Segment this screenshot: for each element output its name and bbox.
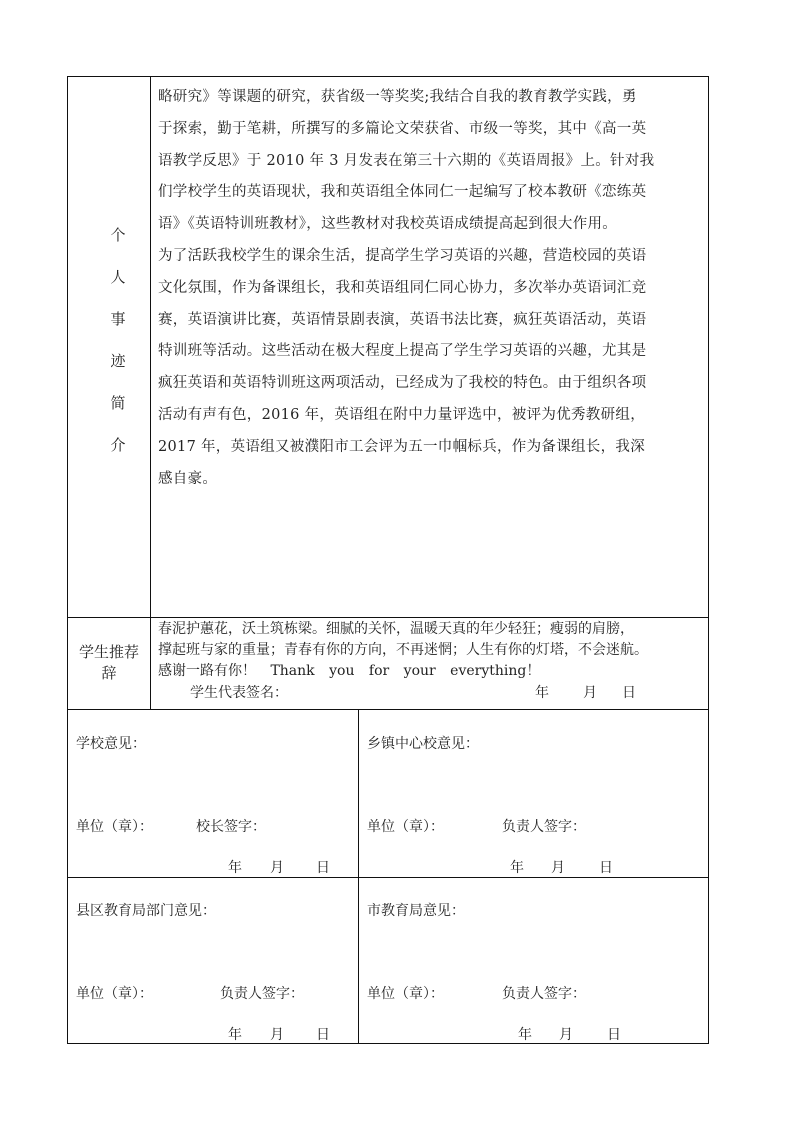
table-right-border xyxy=(708,76,709,1044)
county-signature-label: 负责人签字： xyxy=(220,983,304,1003)
township-unit-label: 单位（章）： xyxy=(367,816,444,836)
label-char: 人 xyxy=(108,256,128,298)
text-line: 春泥护蕙花，沃土筑栋梁。细腻的关怀，温暖天真的年少轻狂；瘦弱的肩膀， xyxy=(158,619,706,640)
student-recommendation-text: 春泥护蕙花，沃土筑栋梁。细腻的关怀，温暖天真的年少轻狂；瘦弱的肩膀， 撑起班与家… xyxy=(158,619,706,682)
principal-signature-label: 校长签字： xyxy=(196,816,266,836)
row-divider-recommendation xyxy=(67,709,709,710)
opinion-column-divider xyxy=(358,709,359,1043)
school-unit-label: 单位（章）： xyxy=(76,816,153,836)
row-divider-deeds xyxy=(67,617,709,618)
date-month: 月 xyxy=(559,1024,573,1044)
county-unit-label: 单位（章）： xyxy=(76,983,153,1003)
city-unit-label: 单位（章）： xyxy=(367,983,444,1003)
label-char: 介 xyxy=(108,424,128,466)
township-opinion-title: 乡镇中心校意见： xyxy=(367,733,479,753)
date-day: 日 xyxy=(622,682,636,702)
county-opinion-title: 县区教育局部门意见： xyxy=(76,900,216,920)
label-char: 迹 xyxy=(108,340,128,382)
label-line: 辞 xyxy=(68,663,150,684)
row-divider-opinions xyxy=(67,877,709,878)
table-top-border xyxy=(67,76,709,77)
label-column-divider xyxy=(150,76,151,709)
city-signature-label: 负责人签字： xyxy=(502,983,586,1003)
date-month: 月 xyxy=(583,682,597,702)
date-day: 日 xyxy=(316,1024,330,1044)
date-day: 日 xyxy=(599,857,613,877)
date-day: 日 xyxy=(607,1024,621,1044)
text-line: 们学校学生的英语现状，我和英语组全体同仁一起编写了校本教研《恋练英 xyxy=(158,177,703,209)
date-month: 月 xyxy=(270,857,284,877)
date-year: 年 xyxy=(228,857,242,877)
township-signature-label: 负责人签字： xyxy=(502,816,586,836)
text-line: 疯狂英语和英语特训班这两项活动，已经成为了我校的特色。由于组织各项 xyxy=(158,368,703,400)
text-line: 为了活跃我校学生的课余生活，提高学生学习英语的兴趣，营造校园的英语 xyxy=(158,241,703,273)
label-char: 事 xyxy=(108,298,128,340)
text-line: 略研究》等课题的研究，获省级一等奖奖;我结合自我的教育教学实践，勇 xyxy=(158,82,703,114)
date-year: 年 xyxy=(510,857,524,877)
date-month: 月 xyxy=(551,857,565,877)
text-line: 于探索，勤于笔耕，所撰写的多篇论文荣获省、市级一等奖，其中《高一英 xyxy=(158,114,703,146)
text-line: 感自豪。 xyxy=(158,464,703,496)
text-line: 赛，英语演讲比赛，英语情景剧表演，英语书法比赛，疯狂英语活动，英语 xyxy=(158,305,703,337)
school-opinion-title: 学校意见： xyxy=(76,733,146,753)
date-month: 月 xyxy=(270,1024,284,1044)
city-opinion-title: 市教育局意见： xyxy=(367,900,465,920)
personal-deeds-text: 略研究》等课题的研究，获省级一等奖奖;我结合自我的教育教学实践，勇 于探索，勤于… xyxy=(158,82,703,495)
text-line: 文化氛围，作为备课组长，我和英语组同仁同心协力，多次举办英语词汇竞 xyxy=(158,273,703,305)
student-recommendation-label: 学生推荐 辞 xyxy=(68,642,150,684)
label-char: 简 xyxy=(108,382,128,424)
text-line: 2017 年，英语组又被濮阳市工会评为五一巾帼标兵，作为备课组长，我深 xyxy=(158,432,703,464)
date-year: 年 xyxy=(518,1024,532,1044)
personal-deeds-label: 个 人 事 迹 简 介 xyxy=(108,214,128,466)
date-year: 年 xyxy=(535,682,549,702)
text-line: 特训班等活动。这些活动在极大程度上提高了学生学习英语的兴趣，尤其是 xyxy=(158,336,703,368)
date-day: 日 xyxy=(316,857,330,877)
date-year: 年 xyxy=(228,1024,242,1044)
text-line: 语教学反思》于 2010 年 3 月发表在第三十六期的《英语周报》上。针对我 xyxy=(158,146,703,178)
table-left-border xyxy=(67,76,68,1044)
student-signature-label: 学生代表签名： xyxy=(190,682,288,702)
text-line: 活动有声有色，2016 年，英语组在附中力量评选中，被评为优秀教研组， xyxy=(158,400,703,432)
text-line: 感谢一路有你！ Thank you for your everything！ xyxy=(158,661,706,682)
text-line: 语》《英语特训班教材》，这些教材对我校英语成绩提高起到很大作用。 xyxy=(158,209,703,241)
label-char: 个 xyxy=(108,214,128,256)
label-line: 学生推荐 xyxy=(68,642,150,663)
text-line: 撑起班与家的重量；青春有你的方向，不再迷惘；人生有你的灯塔，不会迷航。 xyxy=(158,640,706,661)
